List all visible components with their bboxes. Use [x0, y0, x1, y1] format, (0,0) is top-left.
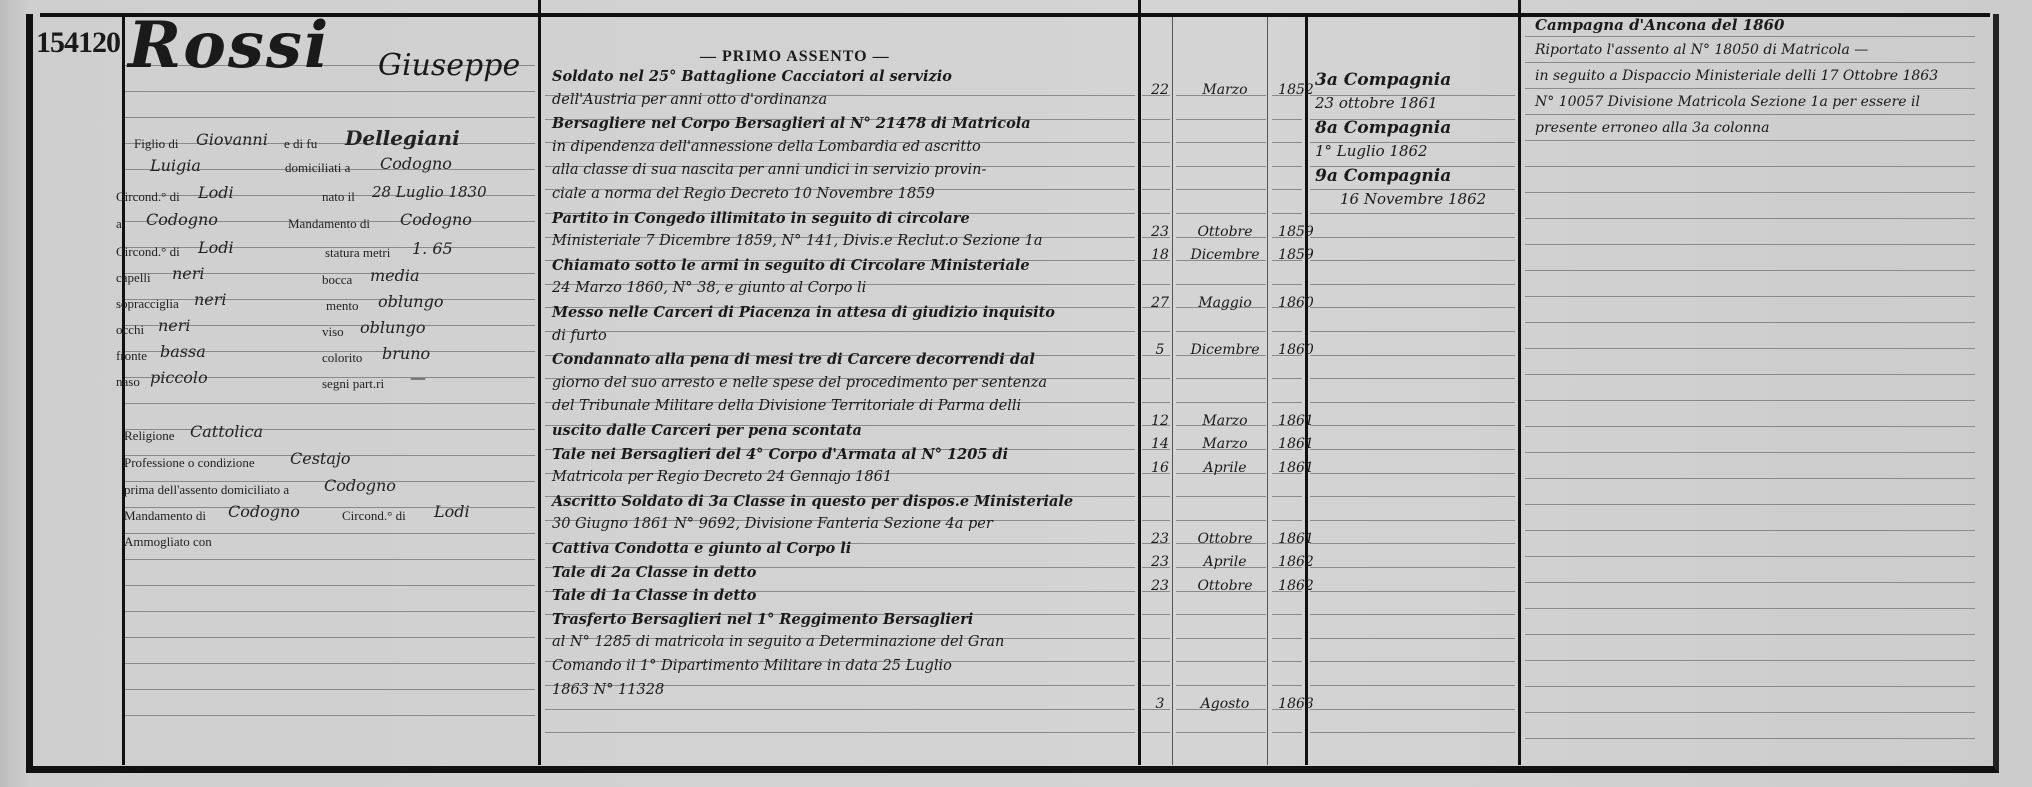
date-month: Marzo	[1180, 436, 1270, 452]
date-year: 1862	[1275, 578, 1317, 594]
service-line: Ascritto Soldato di 3a Classe in questo …	[552, 493, 1073, 510]
date-year: 1862	[1275, 554, 1317, 570]
rule-line	[1176, 378, 1266, 379]
rule-line	[1310, 237, 1515, 238]
rule-line	[125, 663, 535, 664]
service-line: ciale a norma del Regio Decreto 10 Novem…	[552, 186, 935, 202]
rule-line	[1310, 473, 1515, 474]
label-mandamento: Mandamento di	[288, 216, 370, 232]
register-page: 154120 Rossi Giuseppe Figlio di Giovanni…	[0, 0, 2032, 787]
service-line: alla classe di sua nascita per anni undi…	[552, 162, 986, 178]
value-mandamento-2: Codogno	[228, 502, 300, 521]
value-circondario: Lodi	[198, 183, 234, 202]
rule-line	[1142, 378, 1170, 379]
rule-line	[1142, 638, 1170, 639]
service-line: Comando il 1° Dipartimento Militare in d…	[552, 658, 952, 674]
rule-line	[1310, 496, 1515, 497]
rule-line	[1176, 331, 1266, 332]
rule-line	[1525, 582, 1975, 583]
rule-line	[1310, 260, 1515, 261]
rule-line	[1176, 614, 1266, 615]
service-line: giorno del suo arresto e nelle spese del…	[552, 375, 1047, 391]
rule-line	[1525, 348, 1975, 349]
rule-line	[545, 709, 1135, 710]
date-day: 23	[1144, 531, 1176, 547]
label-stature: statura metri	[325, 245, 390, 261]
rule-line	[1310, 355, 1515, 356]
value-circondario-b: Lodi	[198, 238, 234, 257]
rule-line	[1525, 660, 1975, 661]
date-year: 1861	[1275, 436, 1317, 452]
rule-line	[125, 91, 535, 92]
value-nose: piccolo	[150, 368, 208, 387]
rule-line	[1142, 166, 1170, 167]
rule-line	[1142, 119, 1170, 120]
rule-line	[1525, 322, 1975, 323]
company-entry: 1° Luglio 1862	[1315, 142, 1428, 160]
rule-line	[1310, 331, 1515, 332]
rule-line	[1176, 661, 1266, 662]
rule-line	[1272, 189, 1302, 190]
rule-line	[125, 403, 535, 404]
rule-line	[1142, 614, 1170, 615]
service-line: di furto	[552, 328, 607, 344]
rule-line	[1525, 296, 1975, 297]
rule-line	[1310, 402, 1515, 403]
company-entry: 16 Novembre 1862	[1340, 190, 1486, 208]
rule-line	[1525, 140, 1975, 141]
rule-line	[1176, 402, 1266, 403]
rule-line	[125, 689, 535, 690]
rule-line	[125, 117, 535, 118]
label-marks: segni part.ri	[322, 376, 384, 392]
service-line: Tale di 1a Classe in detto	[552, 587, 756, 604]
value-chin: oblungo	[378, 292, 443, 311]
divider-company-column	[1518, 0, 1521, 765]
date-day: 5	[1144, 342, 1176, 358]
rule-line	[125, 715, 535, 716]
rule-line	[1525, 62, 1975, 63]
label-face: viso	[322, 324, 344, 340]
rule-line	[1176, 213, 1266, 214]
rule-line	[1310, 638, 1515, 639]
company-entry: 23 ottobre 1861	[1315, 94, 1438, 112]
rule-line	[1310, 567, 1515, 568]
rule-line	[1176, 119, 1266, 120]
service-line: dell'Austria per anni otto d'ordinanza	[552, 92, 827, 108]
value-forehead: bassa	[160, 342, 206, 361]
service-line: del Tribunale Militare della Divisione T…	[552, 398, 1021, 414]
service-line: Matricola per Regio Decreto 24 Gennajo 1…	[552, 469, 892, 485]
rule-line	[125, 143, 535, 144]
date-day: 3	[1144, 696, 1176, 712]
rule-line	[1310, 591, 1515, 592]
value-eyebrows: neri	[194, 290, 227, 309]
rule-line	[1142, 142, 1170, 143]
service-line: Partito in Congedo illimitato in seguito…	[552, 210, 970, 227]
rule-line	[1272, 331, 1302, 332]
label-nose: naso	[116, 374, 140, 390]
value-mother-given: Luigia	[150, 156, 201, 175]
rule-line	[1525, 530, 1975, 531]
company-entry: 9a Compagnia	[1315, 166, 1451, 186]
divider-year-column	[1305, 17, 1308, 765]
value-prior-domicile: Codogno	[324, 476, 396, 495]
service-line: Tale nei Bersaglieri del 4° Corpo d'Arma…	[552, 446, 1008, 463]
rule-line	[1272, 402, 1302, 403]
service-line: Ministeriale 7 Dicembre 1859, N° 141, Di…	[552, 233, 1043, 249]
rule-line	[1142, 284, 1170, 285]
rule-line	[1525, 712, 1975, 713]
service-line: al N° 1285 di matricola in seguito a Det…	[552, 634, 1004, 650]
rule-line	[1310, 520, 1515, 521]
rule-line	[545, 331, 1135, 332]
label-chin: mento	[326, 298, 359, 314]
rule-line	[1310, 661, 1515, 662]
label-mother: e di fu	[284, 136, 317, 152]
value-domicile: Codogno	[380, 154, 452, 173]
rule-line	[1176, 284, 1266, 285]
divider-number-column	[122, 17, 125, 765]
rule-line	[1142, 213, 1170, 214]
label-hair: capelli	[116, 270, 151, 286]
service-line: in dipendenza dell'annessione della Lomb…	[552, 139, 981, 155]
annotation-line: Riportato l'assento al N° 18050 di Matri…	[1535, 42, 1868, 58]
rule-line	[1176, 685, 1266, 686]
rule-line	[1176, 638, 1266, 639]
date-day: 23	[1144, 554, 1176, 570]
label-profession: Professione o condizione	[124, 455, 255, 471]
date-month: Ottobre	[1180, 531, 1270, 547]
date-day: 16	[1144, 460, 1176, 476]
rule-line	[1525, 504, 1975, 505]
label-forehead: fronte	[116, 348, 147, 364]
date-day: 22	[1144, 82, 1176, 98]
rule-line	[1525, 478, 1975, 479]
rule-line	[1310, 378, 1515, 379]
annotation-line: presente erroneo alla 3a colonna	[1535, 120, 1769, 136]
date-month: Maggio	[1180, 295, 1270, 311]
label-eyes: occhi	[116, 322, 144, 338]
label-circondario: Circond.° di	[116, 189, 180, 205]
label-married: Ammogliato con	[124, 534, 212, 550]
date-year: 1859	[1275, 247, 1317, 263]
rule-line	[1272, 520, 1302, 521]
value-mother: Dellegiani	[345, 126, 460, 150]
value-stature: 1. 65	[412, 239, 453, 258]
divider-personal-column	[538, 0, 541, 765]
rule-line	[1272, 661, 1302, 662]
date-year: 1860	[1275, 342, 1317, 358]
date-day: 14	[1144, 436, 1176, 452]
date-year: 1863	[1275, 696, 1317, 712]
label-father: Figlio di	[134, 136, 178, 152]
rule-line	[1142, 331, 1170, 332]
date-year: 1861	[1275, 531, 1317, 547]
rule-line	[545, 732, 1135, 733]
date-year: 1861	[1275, 460, 1317, 476]
rule-line	[1176, 496, 1266, 497]
date-month: Ottobre	[1180, 224, 1270, 240]
rule-line	[1525, 400, 1975, 401]
service-line: Messo nelle Carceri di Piacenza in attes…	[552, 304, 1055, 321]
date-month: Marzo	[1180, 413, 1270, 429]
value-born-at: Codogno	[146, 210, 218, 229]
rule-line	[1272, 284, 1302, 285]
rule-line	[1272, 614, 1302, 615]
value-mouth: media	[370, 266, 420, 285]
rule-line	[1525, 218, 1975, 219]
date-year: 1861	[1275, 413, 1317, 429]
label-prior-domicile: prima dell'assento domiciliato a	[124, 482, 289, 498]
label-circondario-2: Circond.° di	[342, 508, 406, 524]
date-day: 23	[1144, 224, 1176, 240]
date-day: 23	[1144, 578, 1176, 594]
given-name: Giuseppe	[378, 48, 520, 83]
label-religion: Religione	[124, 428, 175, 444]
service-line: Bersagliere nel Corpo Bersaglieri al N° …	[552, 115, 1031, 132]
rule-line	[1525, 244, 1975, 245]
rule-line	[1525, 166, 1975, 167]
rule-line	[1525, 738, 1975, 739]
rule-line	[1525, 634, 1975, 635]
rule-line	[1310, 213, 1515, 214]
service-line: uscito dalle Carceri per pena scontata	[552, 422, 862, 439]
date-month: Dicembre	[1180, 342, 1270, 358]
label-circondario-b: Circond.° di	[116, 244, 180, 260]
rule-line	[1310, 732, 1515, 733]
service-line: Condannato alla pena di mesi tre di Carc…	[552, 351, 1035, 368]
date-day: 12	[1144, 413, 1176, 429]
service-line: Cattiva Condotta e giunto al Corpo li	[552, 540, 851, 557]
date-day: 27	[1144, 295, 1176, 311]
label-complexion: colorito	[322, 350, 362, 366]
value-complexion: bruno	[382, 344, 430, 363]
rule-line	[1525, 36, 1975, 37]
service-line: 30 Giugno 1861 N° 9692, Divisione Fanter…	[552, 516, 993, 532]
divider-day-column	[1172, 17, 1173, 765]
label-eyebrows: sopracciglia	[116, 296, 179, 312]
company-entry: 3a Compagnia	[1315, 70, 1451, 90]
date-month: Aprile	[1180, 460, 1270, 476]
rule-line	[1525, 452, 1975, 453]
rule-line	[1272, 119, 1302, 120]
annotation-line: N° 10057 Divisione Matricola Sezione 1a …	[1535, 94, 1920, 110]
service-line: Soldato nel 25° Battaglione Cacciatori a…	[552, 68, 952, 85]
rule-line	[1176, 520, 1266, 521]
rule-line	[1272, 685, 1302, 686]
date-month: Agosto	[1180, 696, 1270, 712]
label-domicile: domiciliati a	[285, 160, 350, 176]
date-year: 1860	[1275, 295, 1317, 311]
company-entry: 8a Compagnia	[1315, 118, 1451, 138]
rule-line	[1142, 496, 1170, 497]
label-born: nato il	[322, 189, 355, 205]
value-religion: Cattolica	[190, 422, 263, 441]
service-line: Chiamato sotto le armi in seguito di Cir…	[552, 257, 1030, 274]
rule-line	[1525, 686, 1975, 687]
surname: Rossi	[128, 8, 330, 83]
value-profession: Cestajo	[290, 449, 350, 468]
rule-line	[1525, 270, 1975, 271]
rule-line	[1142, 732, 1170, 733]
rule-line	[1272, 732, 1302, 733]
rule-line	[125, 585, 535, 586]
value-face: oblungo	[360, 318, 425, 337]
rule-line	[125, 429, 535, 430]
service-line: Tale di 2a Classe in detto	[552, 564, 756, 581]
rule-line	[1310, 307, 1515, 308]
rule-line	[1525, 556, 1975, 557]
rule-line	[125, 611, 535, 612]
rule-line	[1525, 608, 1975, 609]
rule-line	[1176, 732, 1266, 733]
rule-line	[125, 559, 535, 560]
rule-line	[1310, 284, 1515, 285]
date-month: Dicembre	[1180, 247, 1270, 263]
rule-line	[1272, 166, 1302, 167]
rule-line	[1176, 142, 1266, 143]
value-marks: —	[410, 368, 426, 387]
service-line: 24 Marzo 1860, N° 38, e giunto al Corpo …	[552, 280, 866, 296]
rule-line	[1272, 213, 1302, 214]
value-eyes: neri	[158, 316, 191, 335]
matricola-number: 154120	[36, 26, 120, 60]
label-mouth: bocca	[322, 272, 352, 288]
rule-line	[1525, 114, 1975, 115]
rule-line	[1176, 166, 1266, 167]
rule-line	[1525, 374, 1975, 375]
rule-line	[1272, 378, 1302, 379]
rule-line	[1310, 685, 1515, 686]
rule-line	[1525, 426, 1975, 427]
rule-line	[1142, 520, 1170, 521]
rule-line	[1142, 189, 1170, 190]
rule-line	[1142, 402, 1170, 403]
service-line: Trasferto Bersaglieri nel 1° Reggimento …	[552, 611, 973, 628]
rule-line	[1525, 192, 1975, 193]
value-father: Giovanni	[196, 130, 268, 149]
rule-line	[125, 637, 535, 638]
value-hair: neri	[172, 264, 205, 283]
divider-month-column	[1267, 17, 1268, 765]
rule-line	[1310, 614, 1515, 615]
service-line: 1863 N° 11328	[552, 682, 664, 698]
label-born-at: a	[116, 216, 122, 232]
rule-line	[1310, 543, 1515, 544]
annotation-line: Campagna d'Ancona del 1860	[1535, 16, 1784, 34]
divider-service-column	[1138, 0, 1141, 765]
date-year: 1859	[1275, 224, 1317, 240]
rule-line	[1272, 496, 1302, 497]
date-month: Aprile	[1180, 554, 1270, 570]
rule-line	[1272, 638, 1302, 639]
date-month: Marzo	[1180, 82, 1270, 98]
section-title-primo-assento: — PRIMO ASSENTO —	[700, 48, 890, 66]
date-month: Ottobre	[1180, 578, 1270, 594]
value-mandamento: Codogno	[400, 210, 472, 229]
annotation-line: in seguito a Dispaccio Ministeriale dell…	[1535, 68, 1938, 84]
date-day: 18	[1144, 247, 1176, 263]
rule-line	[1310, 425, 1515, 426]
rule-line	[1142, 685, 1170, 686]
rule-line	[1525, 88, 1975, 89]
rule-line	[1142, 661, 1170, 662]
value-born: 28 Luglio 1830	[372, 183, 487, 201]
rule-line	[1310, 449, 1515, 450]
label-mandamento-2: Mandamento di	[124, 508, 206, 524]
rule-line	[1272, 142, 1302, 143]
value-circondario-2: Lodi	[434, 502, 470, 521]
date-year: 1852	[1275, 82, 1317, 98]
rule-line	[1310, 709, 1515, 710]
rule-line	[1176, 189, 1266, 190]
